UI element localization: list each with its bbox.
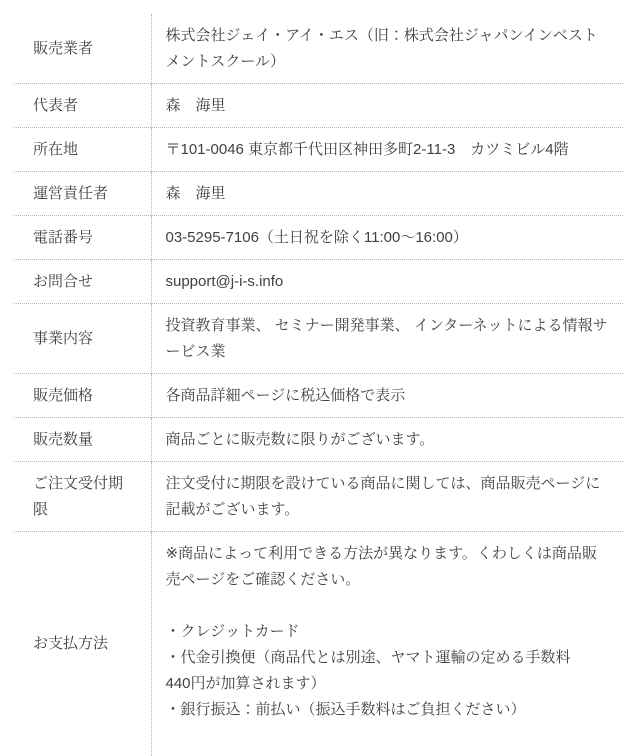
row-payment-methods: お支払方法 ※商品によって利用できる方法が異なります。くわしくは商品販 売ページ… [14,532,623,753]
row-order-deadline: ご注文受付期限 注文受付に期限を設けている商品に関しては、商品販売ページに 記載… [14,462,623,532]
row-representative: 代表者 森 海里 [14,84,623,128]
row-value: 各商品詳細ページに税込価格で表示 [151,374,623,418]
row-value: 〒101-0046 東京都千代田区神田多町2-11-3 カツミビル4階 [151,128,623,172]
row-value: 03-5295-7106（土日祝を除く11:00～16:00） [151,216,623,260]
row-operations-manager: 運営責任者 森 海里 [14,172,623,216]
row-selling-price: 販売価格 各商品詳細ページに税込価格で表示 [14,374,623,418]
row-label: 販売数量 [14,418,151,462]
row-value: 商品ごとに販売数に限りがございます。 [151,418,623,462]
row-label: お問合せ [14,260,151,304]
row-value: 森 海里 [151,172,623,216]
row-contact-email: お問合せ support@j-i-s.info [14,260,623,304]
row-value: 投資教育事業、 セミナー開発事業、 インターネットによる情報サ ービス業 [151,304,623,374]
row-value: ※商品によって利用できる方法が異なります。くわしくは商品販 売ページをご確認くだ… [151,532,623,753]
row-label: 販売価格 [14,374,151,418]
row-sales-quantity: 販売数量 商品ごとに販売数に限りがございます。 [14,418,623,462]
row-value: 注文受付に期限を設けている商品に関しては、商品販売ページに 記載がございます。 [151,462,623,532]
row-label: 電話番号 [14,216,151,260]
row-value: 株式会社ジェイ・アイ・エス（旧：株式会社ジャパンインベスト メントスクール） [151,14,623,84]
row-label: 運営責任者 [14,172,151,216]
row-label: ご注文受付期限 [14,462,151,532]
row-label: お支払方法 [14,532,151,753]
row-label: 代表者 [14,84,151,128]
row-value: 森 海里 [151,84,623,128]
row-value: support@j-i-s.info [151,260,623,304]
row-label: 販売業者 [14,14,151,84]
row-label: 所在地 [14,128,151,172]
commercial-transactions-table: 販売業者 株式会社ジェイ・アイ・エス（旧：株式会社ジャパンインベスト メントスク… [14,14,623,752]
row-seller: 販売業者 株式会社ジェイ・アイ・エス（旧：株式会社ジャパンインベスト メントスク… [14,14,623,84]
row-label: 事業内容 [14,304,151,374]
row-address: 所在地 〒101-0046 東京都千代田区神田多町2-11-3 カツミビル4階 [14,128,623,172]
commercial-transactions-page: 販売業者 株式会社ジェイ・アイ・エス（旧：株式会社ジャパンインベスト メントスク… [0,0,642,752]
row-phone-number: 電話番号 03-5295-7106（土日祝を除く11:00～16:00） [14,216,623,260]
table-body: 販売業者 株式会社ジェイ・アイ・エス（旧：株式会社ジャパンインベスト メントスク… [14,14,623,752]
row-business-description: 事業内容 投資教育事業、 セミナー開発事業、 インターネットによる情報サ ービス… [14,304,623,374]
